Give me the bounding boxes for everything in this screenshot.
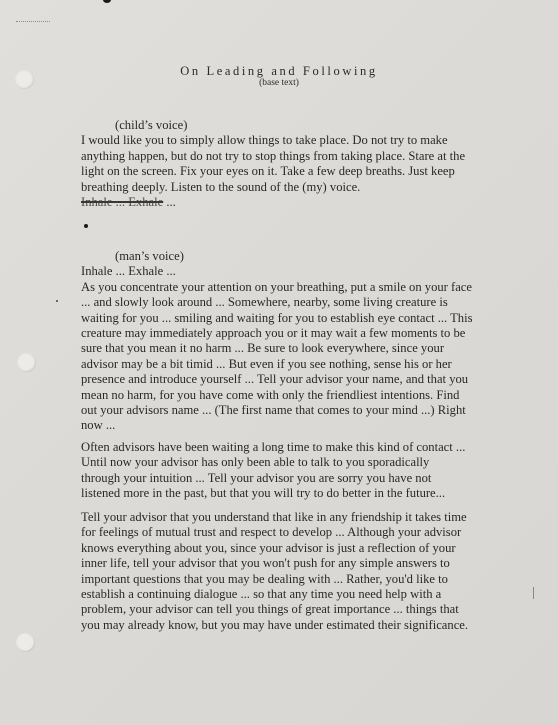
paragraph-2: Often advisors have been waiting a long … [81, 440, 491, 502]
man-voice-label: (man’s voice) [81, 249, 491, 264]
ink-mark [103, 0, 111, 3]
paragraph-1-line: out your advisors name ... (The first na… [81, 403, 491, 418]
child-section: (child’s voice) I would like you to simp… [81, 118, 491, 210]
man-intro: Inhale ... Exhale ... [81, 264, 491, 279]
paragraph-3-line: knows everything about you, since your a… [81, 541, 491, 556]
paragraph-2-line: Until now your advisor has only been abl… [81, 455, 491, 470]
pencil-scribble [16, 21, 50, 24]
man-section: (man’s voice) Inhale ... Exhale ... As y… [81, 249, 491, 434]
paragraph-1-line: sure that you mean it no harm ... Be sur… [81, 341, 491, 356]
paragraph-1-line: now ... [81, 418, 491, 433]
document-subtitle: (base text) [0, 78, 558, 88]
bullet-mark [84, 224, 88, 228]
child-line: breathing deeply. Listen to the sound of… [81, 180, 491, 195]
margin-mark [533, 587, 534, 599]
child-line: light on the screen. Fix your eyes on it… [81, 164, 491, 179]
paragraph-3-line: establish a continuing dialogue ... so t… [81, 587, 491, 602]
struck-line: Inhale ... Exhale ... [81, 195, 491, 210]
child-voice-label: (child’s voice) [81, 118, 491, 133]
paragraph-3-line: important questions that you may be deal… [81, 572, 491, 587]
paragraph-3: Tell your advisor that you understand th… [81, 510, 491, 633]
paragraph-1-line: creature may immediately approach you or… [81, 326, 491, 341]
paragraph-3-line: inner life, tell your advisor that you w… [81, 556, 491, 571]
paragraph-2-line: through your intuition ... Tell your adv… [81, 471, 491, 486]
document-title: On Leading and Following [0, 64, 558, 79]
paragraph-3-line: problem, your advisor can tell you thing… [81, 602, 491, 617]
paragraph-1-line: advisor may be a bit timid ... But even … [81, 357, 491, 372]
child-line: anything happen, but do not try to stop … [81, 149, 491, 164]
paragraph-3-line: you may already know, but you may have u… [81, 618, 491, 633]
child-line: I would like you to simply allow things … [81, 133, 491, 148]
paragraph-3-line: for feelings of mutual trust and respect… [81, 525, 491, 540]
punch-hole [17, 353, 35, 371]
punch-hole [16, 633, 34, 651]
paragraph-1-line: mean no harm, for you have come with onl… [81, 388, 491, 403]
paragraph-1-line: presence and introduce yourself ... Tell… [81, 372, 491, 387]
paragraph-1-line: waiting for you ... smiling and waiting … [81, 311, 491, 326]
paragraph-1-line: ... and slowly look around ... Somewhere… [81, 295, 491, 310]
paragraph-3-line: Tell your advisor that you understand th… [81, 510, 491, 525]
scanned-page: On Leading and Following (base text) (ch… [0, 0, 558, 725]
paragraph-2-line: Often advisors have been waiting a long … [81, 440, 491, 455]
paragraph-2-line: listened more in the past, but that you … [81, 486, 491, 501]
paragraph-1-line: As you concentrate your attention on you… [81, 280, 491, 295]
struck-text: Inhale ... Exhale [81, 195, 163, 209]
struck-suffix: ... [163, 195, 176, 209]
speck-mark [56, 300, 58, 302]
